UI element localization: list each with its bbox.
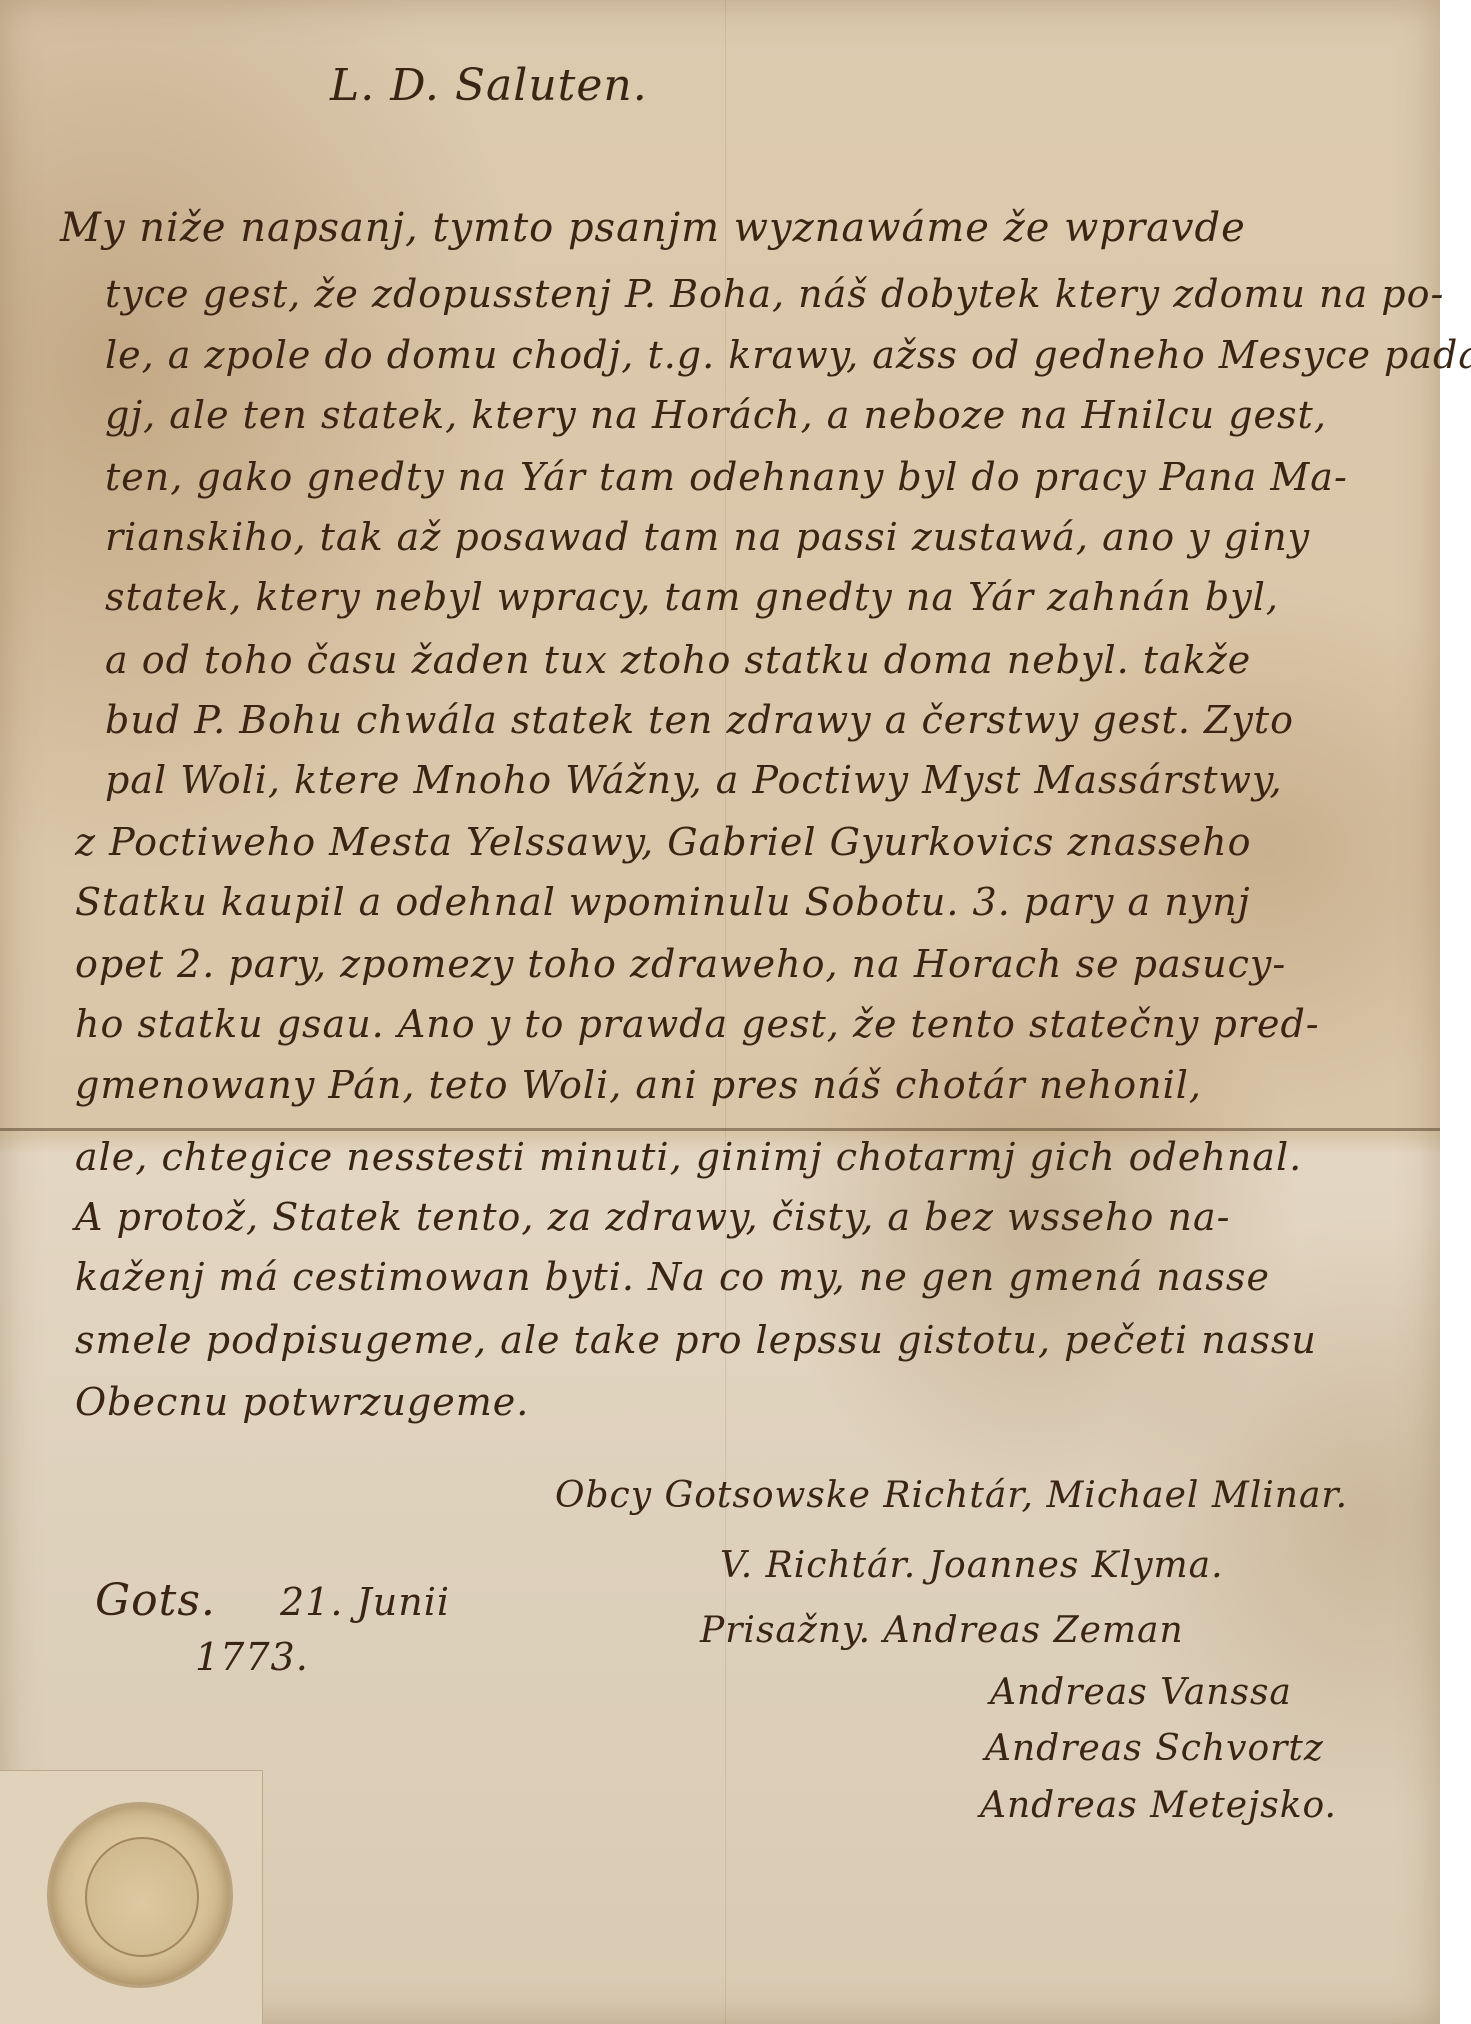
body-line-12: Statku kaupil a odehnal wpominulu Sobotu…: [75, 880, 1250, 924]
date-year: 1773.: [195, 1635, 309, 1679]
body-line-11: z Poctiweho Mesta Yelssawy, Gabriel Gyur…: [75, 820, 1251, 864]
salutation: L. D. Saluten.: [330, 60, 648, 111]
body-line-15: gmenowany Pán, teto Woli, ani pres náš c…: [75, 1063, 1202, 1107]
body-line-5: ten, gako gnedty na Yár tam odehnany byl…: [105, 455, 1348, 499]
body-line-19: smele podpisugeme, ale take pro lepssu g…: [75, 1318, 1317, 1362]
signature-line-1: Obcy Gotsowske Richtár, Michael Mlinar.: [555, 1475, 1348, 1516]
place-name: Gots.: [95, 1575, 216, 1626]
signature-line-2: V. Richtár. Joannes Klyma.: [720, 1545, 1224, 1586]
signature-line-3: Prisažny. Andreas Zeman: [700, 1610, 1184, 1651]
body-line-4: gj, ale ten statek, ktery na Horách, a n…: [105, 393, 1327, 437]
body-line-1: My niže napsanj, tymto psanjm wyznawáme …: [60, 205, 1246, 251]
body-line-8: a od toho času žaden tux ztoho statku do…: [105, 638, 1251, 682]
body-line-10: pal Woli, ktere Mnoho Wážny, a Poctiwy M…: [105, 758, 1283, 802]
body-line-18: kaženj má cestimowan byti. Na co my, ne …: [75, 1255, 1270, 1299]
signature-line-5: Andreas Schvortz: [985, 1728, 1324, 1769]
seal-emblem: [85, 1837, 199, 1957]
body-line-2: tyce gest, že zdopusstenj P. Boha, náš d…: [105, 272, 1444, 316]
body-line-3: le, a zpole do domu chodj, t.g. krawy, a…: [105, 333, 1471, 377]
body-line-7: statek, ktery nebyl wpracy, tam gnedty n…: [105, 575, 1279, 619]
body-line-6: rianskiho, tak až posawad tam na passi z…: [105, 515, 1310, 559]
body-line-9: bud P. Bohu chwála statek ten zdrawy a č…: [105, 698, 1294, 742]
body-line-13: opet 2. pary, zpomezy toho zdraweho, na …: [75, 942, 1286, 986]
horizontal-fold-line: [0, 1128, 1440, 1131]
body-line-16: ale, chtegice nesstesti minuti, ginimj c…: [75, 1135, 1302, 1179]
wax-seal-icon: [50, 1805, 230, 1985]
body-line-20: Obecnu potwrzugeme.: [75, 1380, 529, 1424]
body-line-14: ho statku gsau. Ano y to prawda gest, že…: [75, 1002, 1320, 1046]
signature-line-6: Andreas Metejsko.: [980, 1785, 1337, 1826]
date-day-month: 21. Junii: [280, 1580, 450, 1624]
signature-line-4: Andreas Vanssa: [990, 1672, 1292, 1713]
body-line-17: A protož, Statek tento, za zdrawy, čisty…: [75, 1195, 1230, 1239]
